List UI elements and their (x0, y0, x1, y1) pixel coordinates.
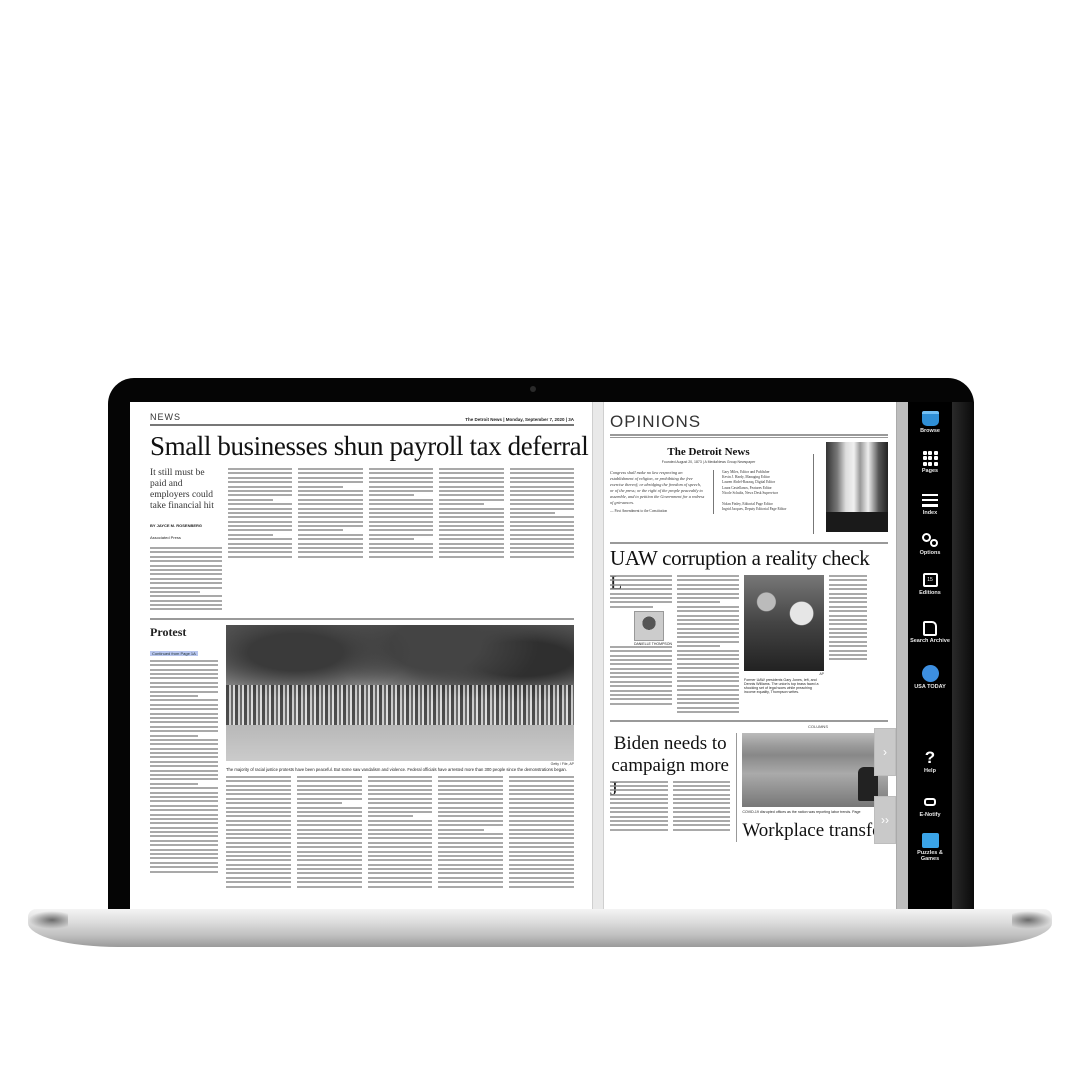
quote-text: Congress shall make no law respecting an… (610, 470, 705, 506)
e-edition-viewer: NEWS The Detroit News | Monday, Septembe… (130, 402, 908, 909)
book-icon (922, 411, 939, 426)
uaw-column: L DANIELLE THOMPSON (610, 575, 672, 716)
toolbar-editions[interactable]: 15 Editions (908, 572, 952, 596)
laptop-camera (530, 386, 536, 392)
byline-org: Associated Press (150, 532, 222, 543)
uaw-headline[interactable]: UAW corruption a reality check (610, 542, 888, 571)
workplace-headline[interactable]: Workplace transfor (742, 820, 888, 842)
gears-icon (922, 533, 938, 547)
toolbar-label: Editions (919, 590, 941, 596)
first-amendment-quote: Congress shall make no law respecting an… (610, 470, 705, 514)
uaw-column (829, 575, 867, 716)
columnist-headshot (634, 611, 664, 641)
divider (150, 618, 574, 620)
main-headline[interactable]: Small businesses shun payroll tax deferr… (150, 430, 574, 462)
section-label: OPINIONS (610, 412, 888, 432)
protest-story: Protest Continued from Page 1A Getty / F… (150, 625, 574, 890)
newspaper-name: The Detroit News (610, 446, 807, 458)
mail-icon (924, 798, 936, 806)
photo-credit: AP (744, 672, 824, 676)
toolbar-e-notify[interactable]: E-Notify (908, 794, 952, 818)
masthead-block: The Detroit News Founded August 20, 1873… (610, 442, 888, 534)
building-photo[interactable] (826, 442, 888, 532)
toolbar-help[interactable]: ? Help (908, 748, 952, 774)
uaw-leaders-photo[interactable] (744, 575, 824, 671)
toolbar-pages[interactable]: Pages (908, 450, 952, 474)
byline: BY JAYCE M. ROSENBERG (150, 520, 222, 531)
section-label: NEWS (150, 412, 181, 422)
laptop-bezel-edge (952, 402, 974, 909)
divider (610, 720, 888, 722)
page-scrollbar[interactable] (896, 402, 908, 909)
toolbar-search-archive[interactable]: Search Archive (908, 620, 952, 644)
toolbar-label: Browse (920, 428, 940, 434)
crowd-texture (226, 685, 574, 726)
grid-icon (923, 451, 938, 466)
protest-column: Protest Continued from Page 1A (150, 625, 218, 890)
biden-headline[interactable]: Biden needs to campaign more (610, 733, 730, 777)
divider (610, 434, 888, 438)
uaw-column (677, 575, 739, 716)
next-page-button[interactable]: › (874, 728, 896, 776)
question-icon: ? (925, 749, 935, 766)
photo-credit: Getty / File, AP (226, 762, 574, 766)
article-text-column (298, 468, 362, 613)
uaw-photo-block: AP Former UAW presidents Gary Jones, lef… (744, 575, 824, 716)
jump-link[interactable]: Continued from Page 1A (150, 651, 198, 656)
laptop-base (28, 909, 1052, 947)
workplace-story: COVID-19 disrupted offices as the nation… (736, 733, 888, 842)
photo-caption: The majority of racial justice protests … (226, 767, 574, 772)
article-text-column (369, 468, 433, 613)
office-photo[interactable] (742, 733, 888, 807)
quote-source: — First Amendment to the Constitution (610, 508, 705, 514)
opinions-page[interactable]: OPINIONS The Detroit News Founded August… (604, 402, 908, 909)
archive-icon (923, 621, 937, 636)
chevron-right-icon: › (883, 745, 887, 759)
toolbar-usa-today[interactable]: USA TODAY (908, 664, 952, 690)
protest-kicker: Protest (150, 625, 218, 640)
puzzle-icon (922, 833, 939, 848)
deck-text: It still must be paid and employers coul… (150, 468, 222, 512)
double-chevron-right-icon: ›› (881, 813, 889, 827)
page-spine (592, 402, 604, 909)
article-columns: It still must be paid and employers coul… (150, 468, 574, 613)
columns-section: Biden needs to campaign more J COVID-19 … (610, 733, 888, 842)
toolbar-label: Search Archive (910, 638, 950, 644)
toolbar-puzzles-games[interactable]: Puzzles & Games (908, 832, 952, 862)
toolbar-label: Pages (922, 468, 938, 474)
uaw-story: L DANIELLE THOMPSON AP Former UAW presid… (610, 575, 888, 716)
article-text-column (510, 468, 574, 613)
calendar-icon: 15 (923, 573, 938, 587)
news-section-header: NEWS The Detroit News | Monday, Septembe… (150, 412, 574, 426)
article-text-column (439, 468, 503, 613)
toolbar-label: E-Notify (919, 812, 940, 818)
biden-story: Biden needs to campaign more J (610, 733, 730, 842)
staff-list: Gary Miles, Editor and Publisher Kevin J… (722, 470, 807, 514)
protest-photo-block: Getty / File, AP The majority of racial … (226, 625, 574, 890)
last-page-button[interactable]: ›› (874, 796, 896, 844)
toolbar-label: USA TODAY (914, 684, 946, 690)
toolbar-options[interactable]: Options (908, 532, 952, 556)
masthead: The Detroit News Founded August 20, 1873… (610, 442, 807, 534)
protest-text-columns (226, 776, 574, 890)
masthead-subtitle: Founded August 20, 1873 | A MediaNews Gr… (610, 460, 807, 464)
photo-caption: COVID-19 disrupted offices as the nation… (742, 810, 888, 814)
staff-item: Ingrid Jacques, Deputy Editorial Page Ed… (722, 507, 807, 512)
e-edition-toolbar: Browse Pages Index Options 15 Editions S… (908, 402, 952, 909)
toolbar-label: Puzzles & Games (908, 850, 952, 862)
usa-today-icon (922, 665, 939, 682)
protest-photo[interactable] (226, 625, 574, 761)
toolbar-label: Help (924, 768, 936, 774)
toolbar-label: Index (923, 510, 937, 516)
columns-label: COLUMNS (610, 724, 828, 729)
news-page[interactable]: NEWS The Detroit News | Monday, Septembe… (130, 402, 592, 909)
dateline: The Detroit News | Monday, September 7, … (465, 417, 574, 422)
toolbar-browse[interactable]: Browse (908, 410, 952, 434)
toolbar-label: Options (920, 550, 941, 556)
article-text-column (228, 468, 292, 613)
toolbar-index[interactable]: Index (908, 492, 952, 516)
photo-caption: Former UAW presidents Gary Jones, left, … (744, 678, 824, 694)
list-icon (922, 494, 938, 507)
deck: It still must be paid and employers coul… (150, 468, 222, 613)
